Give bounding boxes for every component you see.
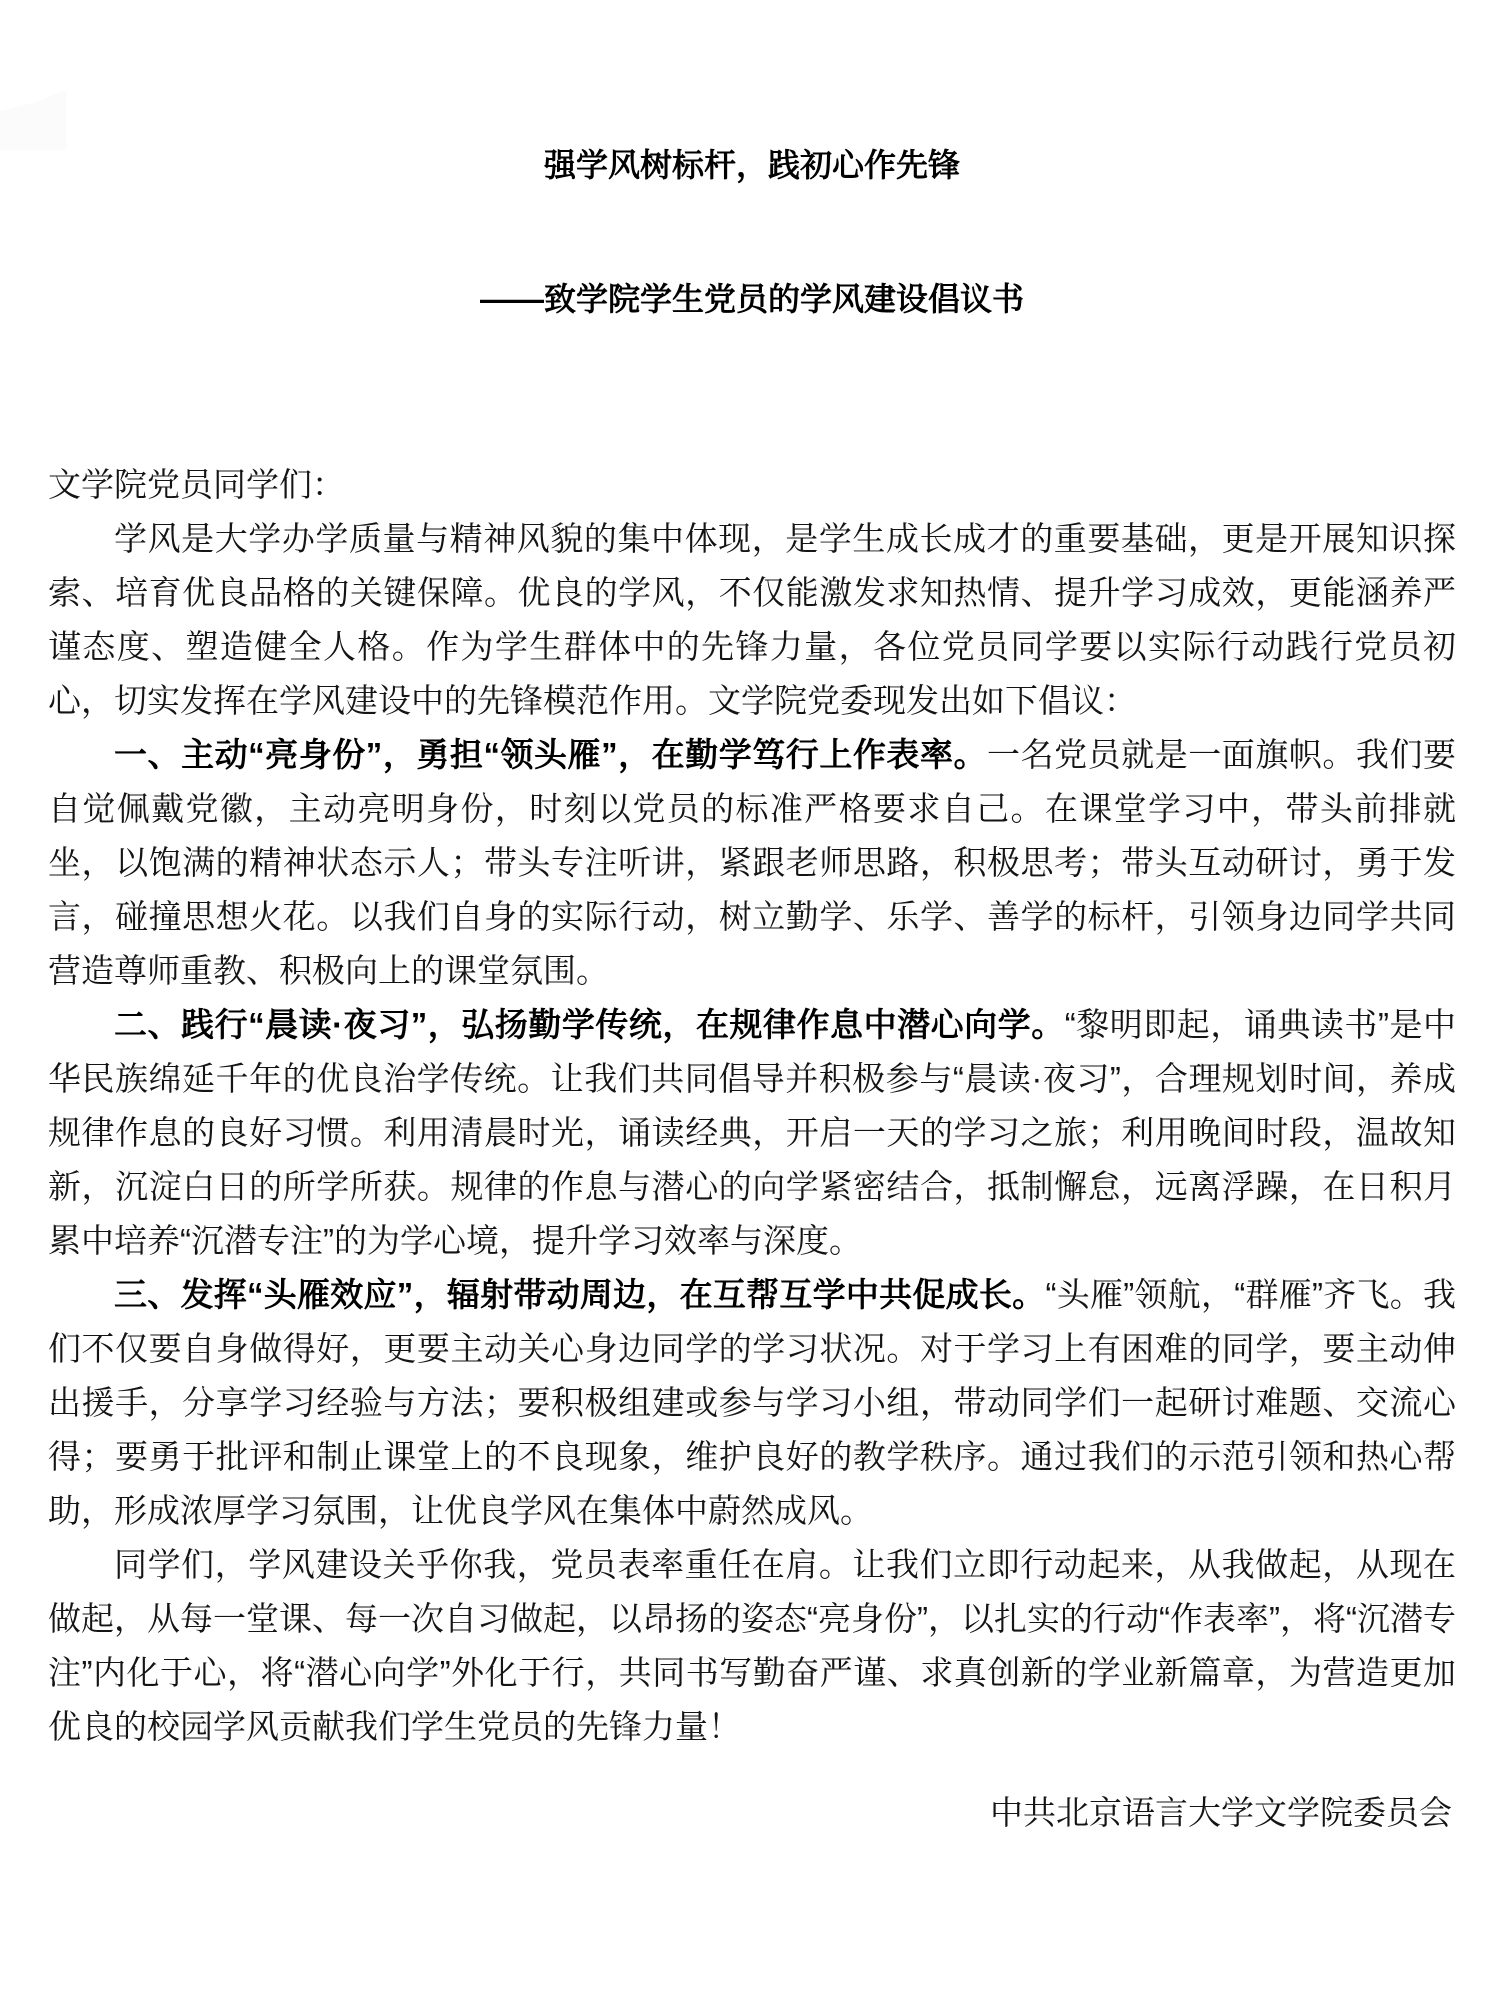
paragraph-text: “头雁”领航，“群雁”齐飞。我们不仅要自身做得好，更要主动关心身边同学的学习状况…: [48, 1276, 1456, 1529]
signature: 中共北京语言大学文学院委员会: [48, 1786, 1456, 1840]
document-body: 文学院党员同学们： 学风是大学办学质量与精神风貌的集中体现，是学生成长成才的重要…: [48, 458, 1456, 1754]
paragraph-lead: 一、主动“亮身份”，勇担“领头雁”，在勤学笃行上作表率。: [114, 736, 987, 773]
body-paragraph-2: 一、主动“亮身份”，勇担“领头雁”，在勤学笃行上作表率。一名党员就是一面旗帜。我…: [48, 728, 1456, 998]
paragraph-lead: 三、发挥“头雁效应”，辐射带动周边，在互帮互学中共促成长。: [114, 1276, 1045, 1313]
page-title: 强学风树标杆，践初心作先锋: [48, 146, 1456, 184]
page-subtitle: ——致学院学生党员的学风建设倡议书: [48, 280, 1456, 318]
body-paragraph-1: 学风是大学办学质量与精神风貌的集中体现，是学生成长成才的重要基础，更是开展知识探…: [48, 512, 1456, 728]
paragraph-text: 同学们，学风建设关乎你我，党员表率重任在肩。让我们立即行动起来，从我做起，从现在…: [48, 1546, 1456, 1745]
document-page: 强学风树标杆，践初心作先锋 ——致学院学生党员的学风建设倡议书 文学院党员同学们…: [0, 0, 1502, 1840]
paragraph-text: 学风是大学办学质量与精神风貌的集中体现，是学生成长成才的重要基础，更是开展知识探…: [48, 520, 1456, 719]
body-paragraph-5: 同学们，学风建设关乎你我，党员表率重任在肩。让我们立即行动起来，从我做起，从现在…: [48, 1538, 1456, 1754]
salutation: 文学院党员同学们：: [48, 458, 1456, 512]
paragraph-text: 一名党员就是一面旗帜。我们要自觉佩戴党徽，主动亮明身份，时刻以党员的标准严格要求…: [48, 736, 1456, 989]
paragraph-lead: 二、践行“晨读·夜习”，弘扬勤学传统，在规律作息中潜心向学。: [114, 1006, 1065, 1043]
body-paragraph-3: 二、践行“晨读·夜习”，弘扬勤学传统，在规律作息中潜心向学。“黎明即起，诵典读书…: [48, 998, 1456, 1268]
body-paragraph-4: 三、发挥“头雁效应”，辐射带动周边，在互帮互学中共促成长。“头雁”领航，“群雁”…: [48, 1268, 1456, 1538]
paragraph-text: “黎明即起，诵典读书”是中华民族绵延千年的优良治学传统。让我们共同倡导并积极参与…: [48, 1006, 1456, 1259]
